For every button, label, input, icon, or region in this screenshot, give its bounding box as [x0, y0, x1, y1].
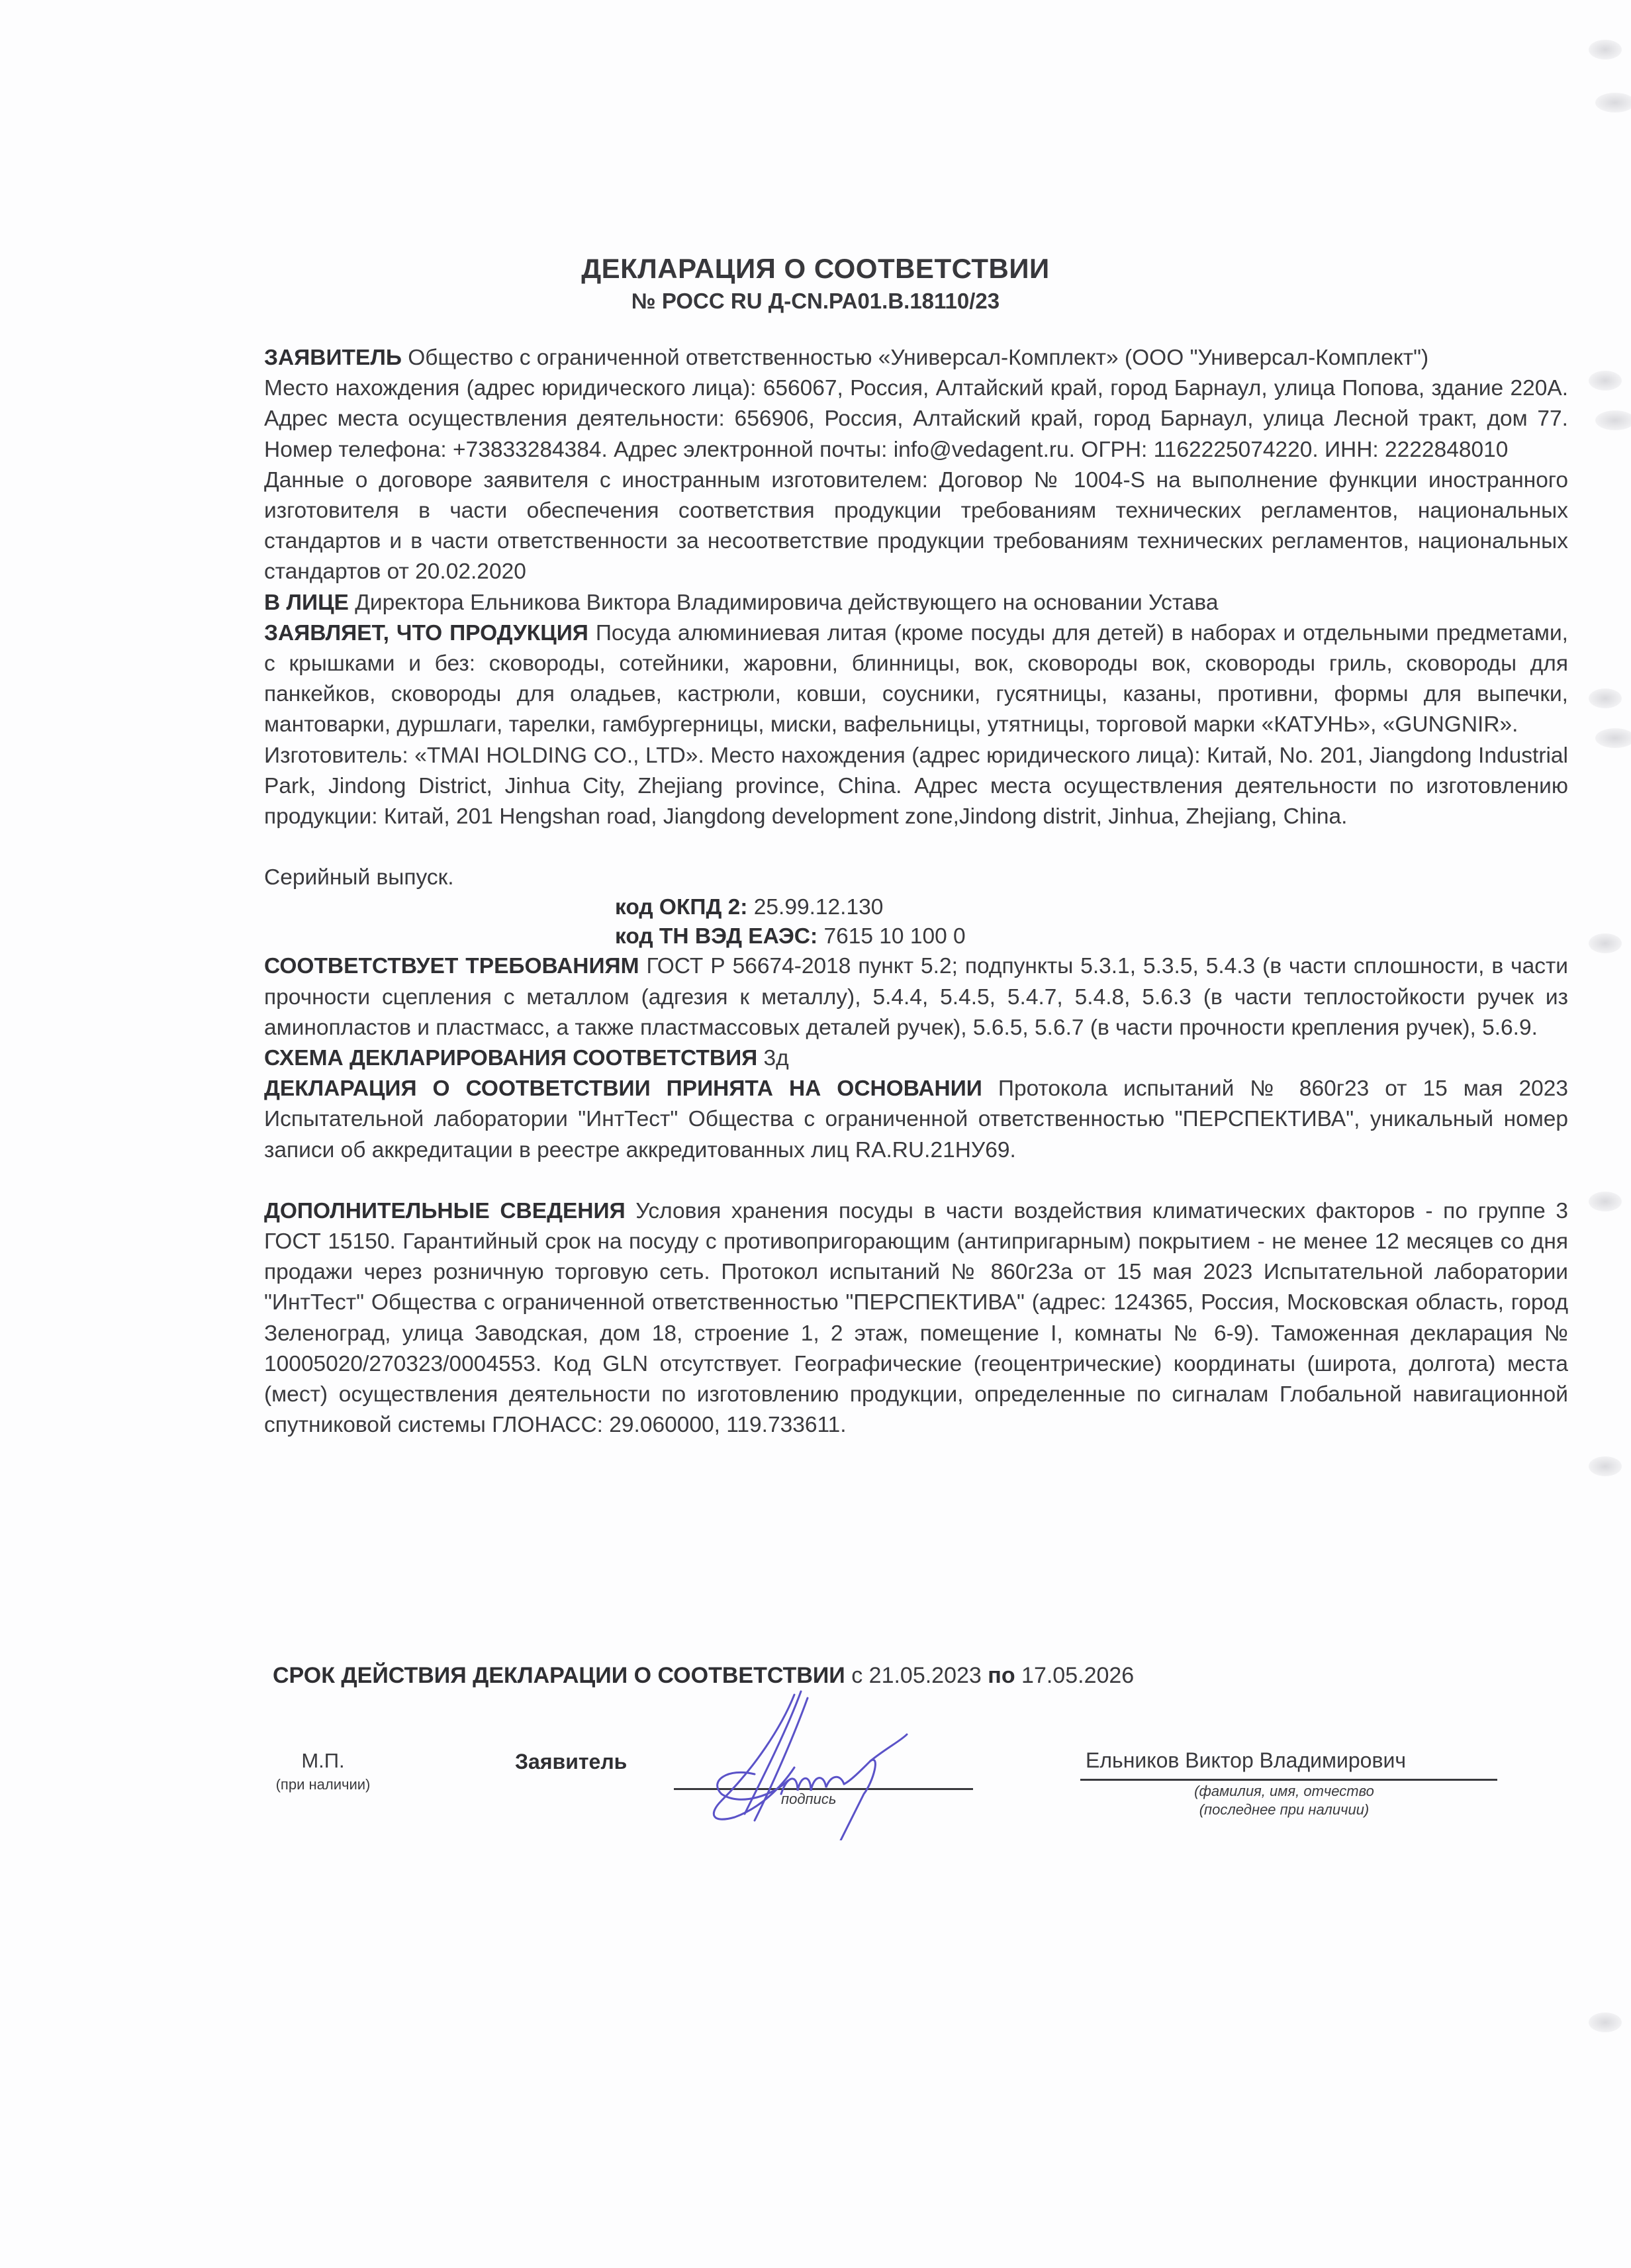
validity-to-date: 17.05.2026: [1021, 1663, 1134, 1688]
scan-artifact: [1595, 93, 1631, 113]
scan-artifact: [1589, 688, 1622, 708]
stamp-label: М.П.: [270, 1748, 376, 1774]
tnved-value: 7615 10 100 0: [823, 924, 965, 949]
okpd-code: код ОКПД 2: 25.99.12.130: [615, 893, 1568, 922]
document-number: № РОСС RU Д-CN.PA01.B.18110/23: [0, 286, 1631, 316]
production-type: Серийный выпуск.: [264, 863, 1568, 893]
scan-artifact: [1589, 1456, 1622, 1476]
representative-text: Директора Ельникова Виктора Владимирович…: [355, 591, 1218, 615]
product-section: ЗАЯВЛЯЕТ, ЧТО ПРОДУКЦИЯ Посуда алюминиев…: [264, 618, 1568, 741]
applicant-address: Место нахождения (адрес юридического лиц…: [264, 373, 1568, 465]
tnved-code: код ТН ВЭД ЕАЭС: 7615 10 100 0: [615, 922, 1568, 951]
basis-label: ДЕКЛАРАЦИЯ О СООТВЕТСТВИИ ПРИНЯТА НА ОСН…: [264, 1076, 982, 1101]
applicant-name: Общество с ограниченной ответственностью…: [408, 346, 1428, 370]
scan-artifact: [1589, 371, 1622, 391]
spacer: [264, 1166, 1568, 1196]
representative-label: В ЛИЦЕ: [264, 591, 349, 615]
tnved-label: код ТН ВЭД ЕАЭС:: [615, 924, 817, 949]
additional-section: ДОПОЛНИТЕЛЬНЫЕ СВЕДЕНИЯ Условия хранения…: [264, 1196, 1568, 1441]
handwritten-signature-icon: [682, 1681, 1000, 1840]
stamp-block: М.П. (при наличии): [270, 1748, 376, 1795]
scan-artifact: [1589, 2012, 1622, 2032]
signer-name: Ельников Виктор Владимирович: [1086, 1748, 1406, 1773]
scan-artifact: [1589, 1192, 1622, 1211]
okpd-label: код ОКПД 2:: [615, 895, 747, 920]
representative-section: В ЛИЦЕ Директора Ельникова Виктора Влади…: [264, 588, 1568, 618]
signature-applicant-label: Заявитель: [515, 1750, 627, 1774]
scheme-label: СХЕМА ДЕКЛАРИРОВАНИЯ СООТВЕТСТВИЯ: [264, 1046, 757, 1070]
additional-text: Условия хранения посуды в части воздейст…: [264, 1199, 1568, 1437]
scan-artifact: [1595, 410, 1631, 430]
scheme-section: СХЕМА ДЕКЛАРИРОВАНИЯ СООТВЕТСТВИЯ 3д: [264, 1043, 1568, 1074]
codes-section: код ОКПД 2: 25.99.12.130 код ТН ВЭД ЕАЭС…: [264, 893, 1568, 951]
basis-section: ДЕКЛАРАЦИЯ О СООТВЕТСТВИИ ПРИНЯТА НА ОСН…: [264, 1074, 1568, 1166]
additional-label: ДОПОЛНИТЕЛЬНЫЕ СВЕДЕНИЯ: [264, 1199, 626, 1223]
scan-artifact: [1595, 728, 1631, 748]
name-caption: (фамилия, имя, отчество (последнее при н…: [1086, 1782, 1483, 1819]
scan-artifact: [1589, 40, 1622, 60]
product-label: ЗАЯВЛЯЕТ, ЧТО ПРОДУКЦИЯ: [264, 621, 588, 645]
applicant-contract: Данные о договоре заявителя с иностранны…: [264, 465, 1568, 588]
scheme-value: 3д: [764, 1046, 789, 1070]
spacer: [264, 832, 1568, 863]
requirements-section: СООТВЕТСТВУЕТ ТРЕБОВАНИЯМ ГОСТ Р 56674-2…: [264, 951, 1568, 1043]
document-body: ЗАЯВИТЕЛЬ Общество с ограниченной ответс…: [264, 343, 1568, 1441]
name-caption-line-2: (последнее при наличии): [1086, 1801, 1483, 1819]
name-line: [1080, 1779, 1497, 1781]
stamp-note: (при наличии): [270, 1774, 376, 1795]
name-caption-line-1: (фамилия, имя, отчество: [1086, 1782, 1483, 1801]
applicant-label: ЗАЯВИТЕЛЬ: [264, 346, 402, 370]
title-block: ДЕКЛАРАЦИЯ О СООТВЕТСТВИИ № РОСС RU Д-CN…: [0, 252, 1631, 316]
manufacturer-section: Изготовитель: «TMAI HOLDING CO., LTD». М…: [264, 741, 1568, 833]
requirements-label: СООТВЕТСТВУЕТ ТРЕБОВАНИЯМ: [264, 954, 639, 978]
scan-artifact: [1589, 933, 1622, 953]
declaration-page: ДЕКЛАРАЦИЯ О СООТВЕТСТВИИ № РОСС RU Д-CN…: [0, 0, 1631, 2268]
applicant-section: ЗАЯВИТЕЛЬ Общество с ограниченной ответс…: [264, 343, 1568, 373]
okpd-value: 25.99.12.130: [754, 895, 884, 920]
document-title: ДЕКЛАРАЦИЯ О СООТВЕТСТВИИ: [0, 252, 1631, 286]
